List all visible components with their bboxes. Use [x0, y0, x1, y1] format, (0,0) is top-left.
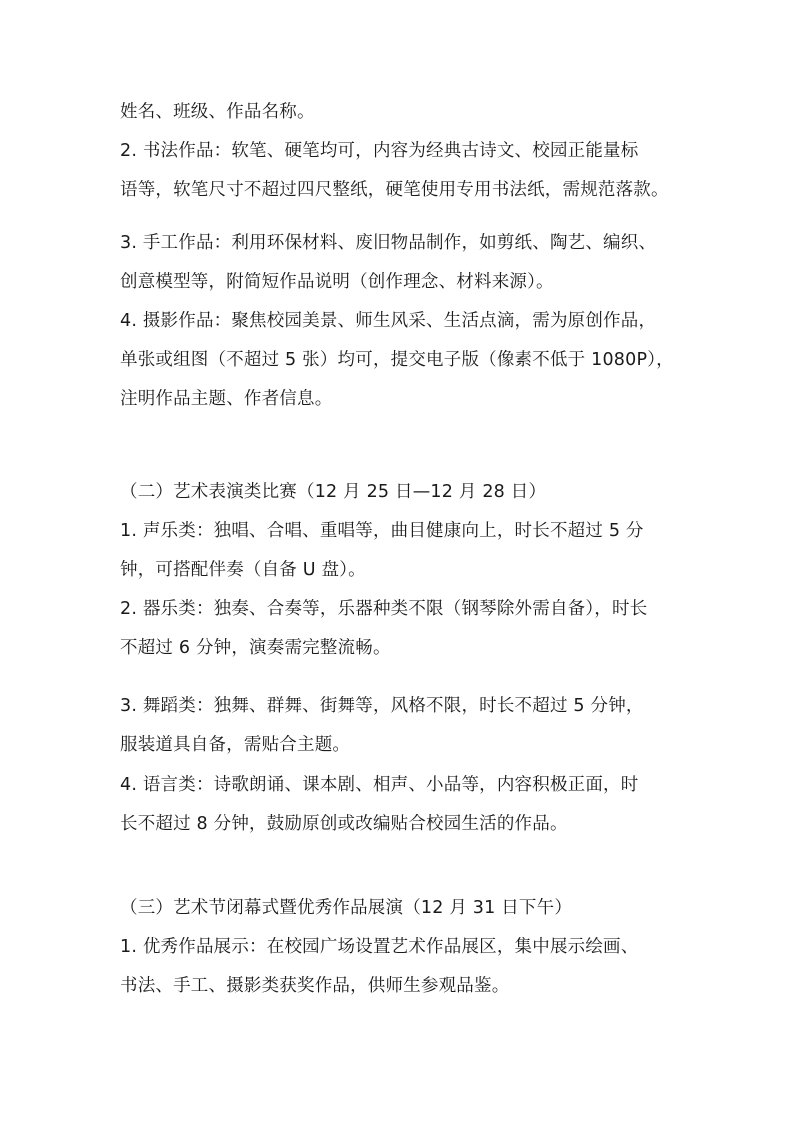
- paragraph-line: 2. 书法作品：软笔、硬笔均可，内容为经典古诗文、校园正能量标: [120, 140, 680, 162]
- paragraph-line: 创意模型等，附简短作品说明（创作理念、材料来源）。: [120, 271, 680, 293]
- document-page: 姓名、班级、作品名称。 2. 书法作品：软笔、硬笔均可，内容为经典古诗文、校园正…: [0, 0, 793, 1122]
- paragraph-line: 3. 手工作品：利用环保材料、废旧物品制作，如剪纸、陶艺、编织、: [120, 232, 680, 254]
- paragraph-line: 长不超过 8 分钟，鼓励原创或改编贴合校园生活的作品。: [120, 813, 680, 835]
- paragraph-line: 4. 摄影作品：聚焦校园美景、师生风采、生活点滴，需为原创作品，: [120, 310, 680, 332]
- paragraph-line: 2. 器乐类：独奏、合奏等，乐器种类不限（钢琴除外需自备），时长: [120, 598, 680, 620]
- paragraph-line: 服装道具自备，需贴合主题。: [120, 734, 680, 756]
- paragraph-line: 3. 舞蹈类：独舞、群舞、街舞等，风格不限，时长不超过 5 分钟，: [120, 695, 680, 717]
- paragraph-line: 书法、手工、摄影类获奖作品，供师生参观品鉴。: [120, 975, 680, 997]
- paragraph-line: 姓名、班级、作品名称。: [120, 101, 680, 123]
- paragraph-line: 1. 声乐类：独唱、合唱、重唱等，曲目健康向上，时长不超过 5 分: [120, 520, 680, 542]
- paragraph-line: 注明作品主题、作者信息。: [120, 388, 680, 410]
- paragraph-line: 钟，可搭配伴奏（自备 U 盘）。: [120, 559, 680, 581]
- paragraph-line: 1. 优秀作品展示：在校园广场设置艺术作品展区，集中展示绘画、: [120, 936, 680, 958]
- section-heading-closing: （三）艺术节闭幕式暨优秀作品展演（12 月 31 日下午）: [120, 897, 680, 919]
- paragraph-line: 不超过 6 分钟，演奏需完整流畅。: [120, 637, 680, 659]
- paragraph-line: 单张或组图（不超过 5 张）均可，提交电子版（像素不低于 1080P），: [120, 349, 680, 371]
- paragraph-line: 4. 语言类：诗歌朗诵、课本剧、相声、小品等，内容积极正面，时: [120, 774, 680, 796]
- paragraph-line: 语等，软笔尺寸不超过四尺整纸，硬笔使用专用书法纸，需规范落款。: [120, 179, 680, 201]
- section-heading-performance: （二）艺术表演类比赛（12 月 25 日—12 月 28 日）: [120, 481, 680, 503]
